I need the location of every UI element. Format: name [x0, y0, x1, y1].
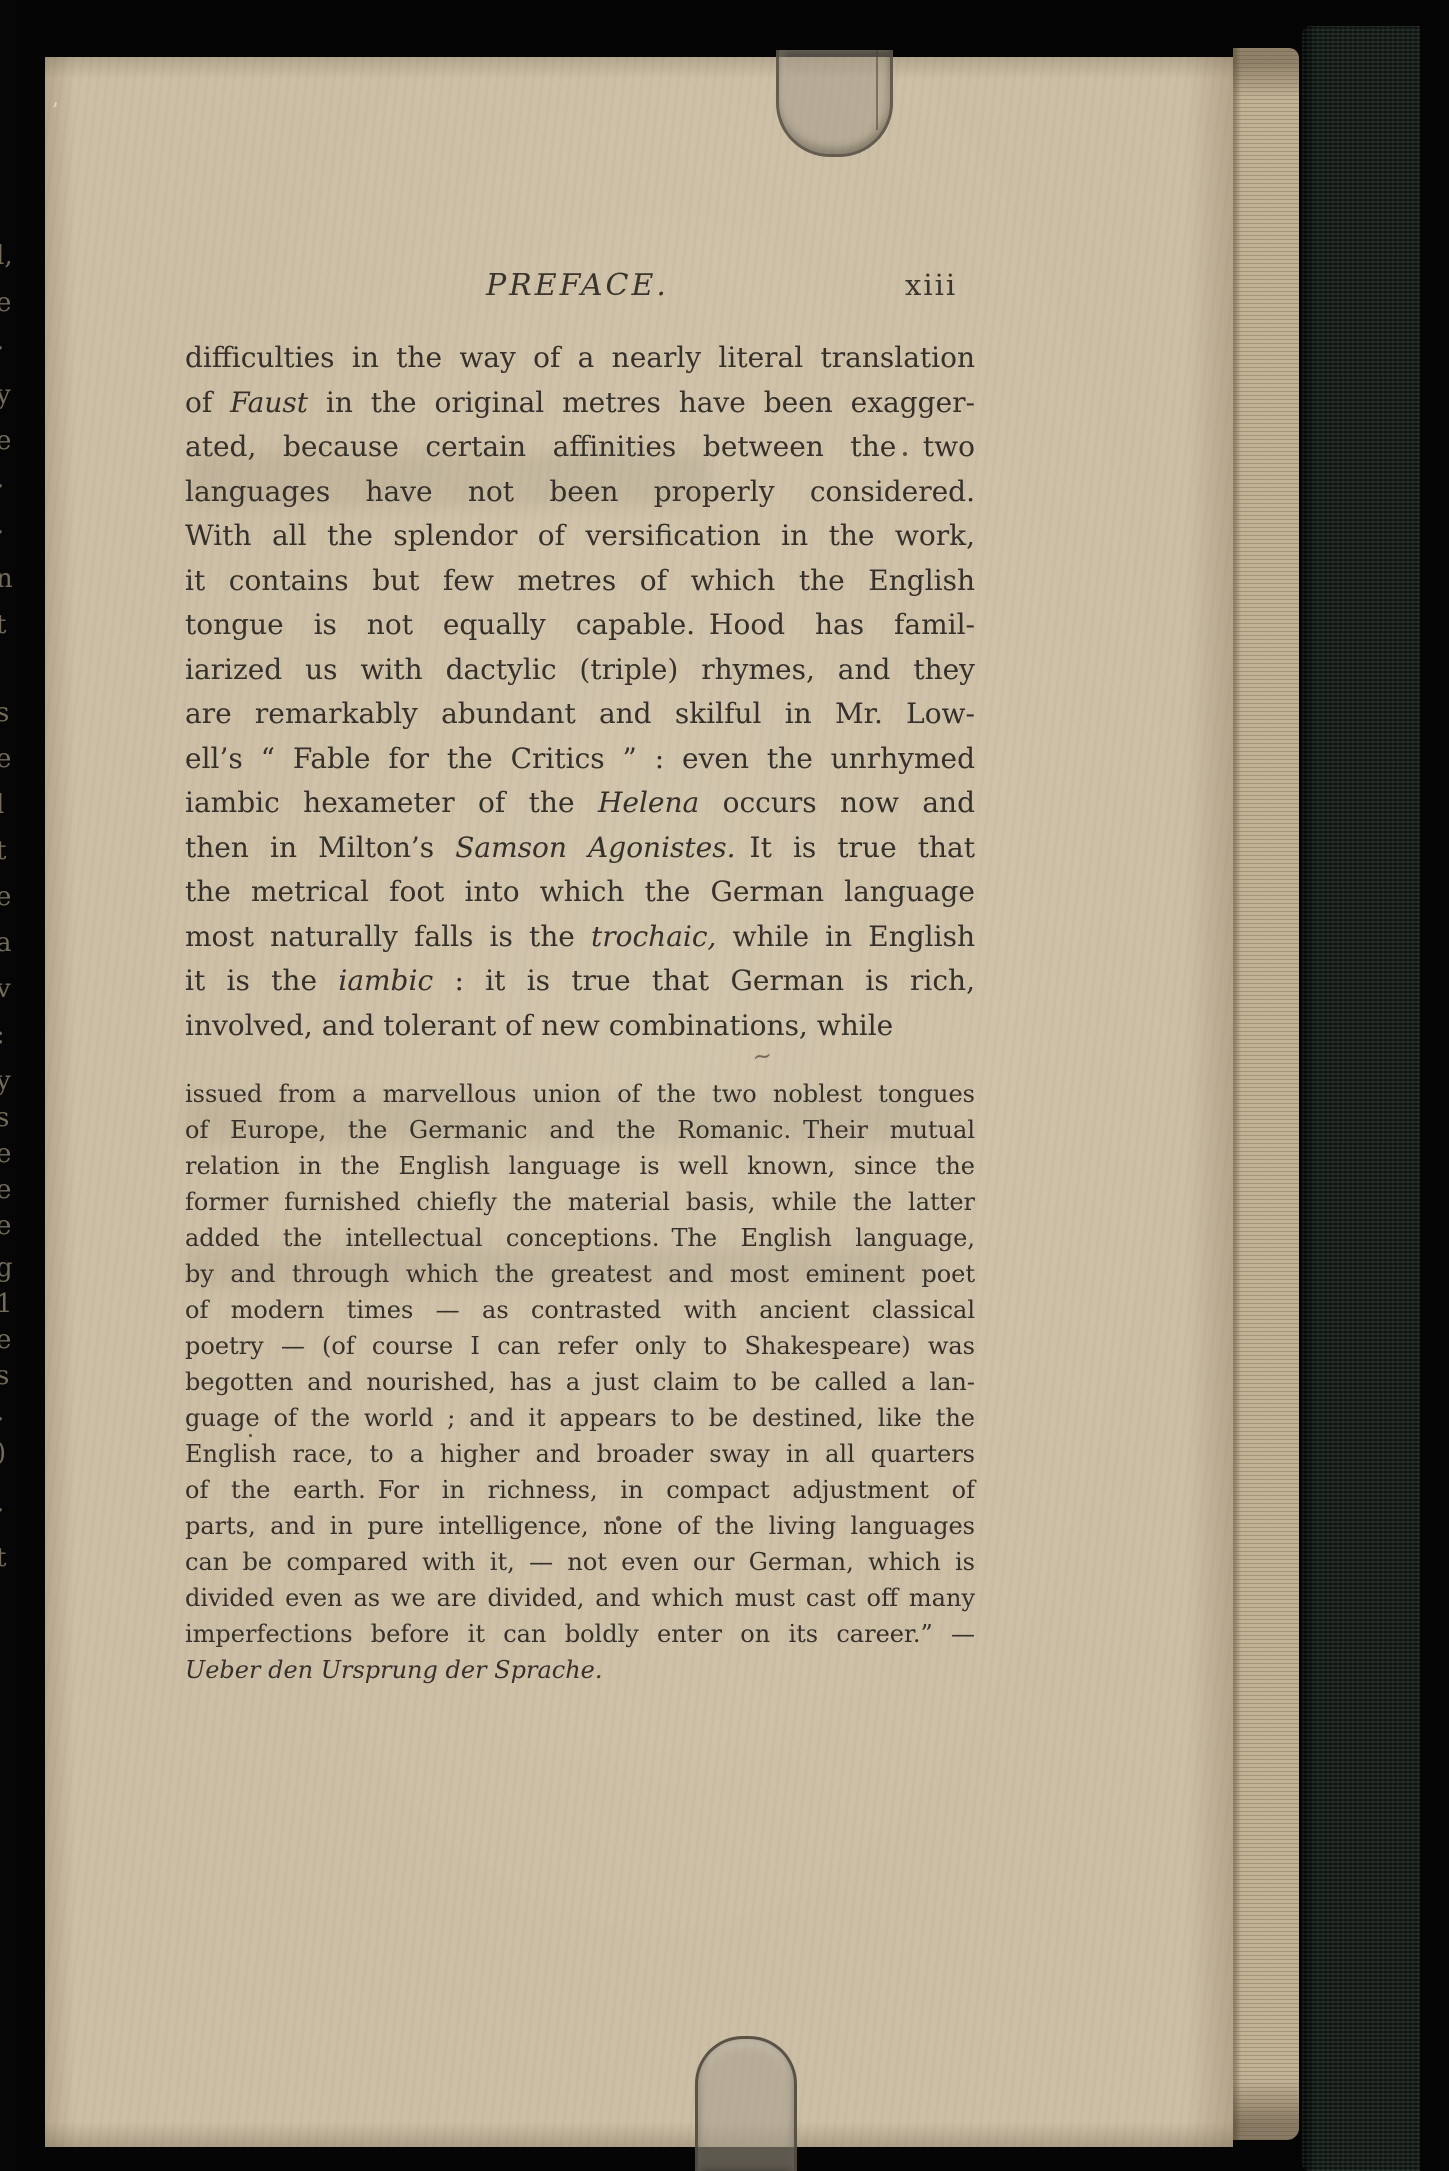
facing-page-letter-fragment: y — [0, 1068, 11, 1094]
facing-page-letter-fragment: e — [0, 884, 11, 910]
text-line: difficulties in the way of a nearly lite… — [185, 336, 975, 381]
text-line: iarized us with dactylic (triple) rhymes… — [185, 648, 975, 693]
facing-page-letter-fragment: e — [0, 1327, 11, 1353]
text-line: tongue is not equally capable. Hood has … — [185, 603, 975, 648]
facing-page-letter-fragment: s — [0, 1363, 9, 1389]
facing-page-letter-fragment: · — [0, 474, 4, 500]
text-line: most naturally falls is the trochaic, wh… — [185, 915, 975, 960]
text-line: iambic hexameter of the Helena occurs no… — [185, 781, 975, 826]
text-line: of Faust in the original metres have bee… — [185, 381, 975, 426]
text-line: the metrical foot into which the German … — [185, 870, 975, 915]
text-line: ell’s “ Fable for the Critics ” : even t… — [185, 737, 975, 782]
text-line: parts, and in pure intelligence, none of… — [185, 1508, 975, 1544]
facing-page-letter-fragment: t — [0, 1545, 6, 1571]
page-stack-edge — [1233, 48, 1299, 2140]
facing-page-letter-fragment: . — [0, 1399, 4, 1425]
text-line: of Europe, the Germanic and the Romanic.… — [185, 1112, 975, 1148]
paper-scratch-mark: ’ — [52, 98, 58, 122]
facing-page-letter-fragment: a — [0, 930, 12, 956]
text-line: divided even as we are divided, and whic… — [185, 1580, 975, 1616]
facing-page-letter-fragment: t — [0, 612, 6, 638]
text-line: ated, because certain affinities between… — [185, 425, 975, 470]
binder-clip-top — [776, 50, 893, 157]
binder-clip-bottom — [695, 2036, 797, 2171]
text-line: English race, to a higher and broader sw… — [185, 1436, 975, 1472]
facing-page-letter-fragment: n — [0, 566, 13, 592]
clip-seam — [876, 50, 878, 130]
text-line: former furnished chiefly the material ba… — [185, 1184, 975, 1220]
text-line: guage of the world ; and it appears to b… — [185, 1400, 975, 1436]
text-line: it contains but few metres of which the … — [185, 559, 975, 604]
facing-page-letter-fragment: e — [0, 428, 11, 454]
text-line: issued from a marvellous union of the tw… — [185, 1076, 975, 1112]
page-number: xiii — [905, 268, 957, 302]
text-line: With all the splendor of versification i… — [185, 514, 975, 559]
text-line: imperfections before it can boldly enter… — [185, 1616, 975, 1652]
text-line: languages have not been properly conside… — [185, 470, 975, 515]
main-text-paragraph: difficulties in the way of a nearly lite… — [185, 336, 975, 1048]
facing-page-letter-fragment: 1 — [0, 1291, 13, 1317]
facing-page-letter-fragment: e — [0, 1213, 11, 1239]
text-line: of the earth. For in richness, in compac… — [185, 1472, 975, 1508]
ink-squiggle-mark: ~ — [750, 1041, 774, 1072]
text-line: it is the iambic : it is true that Germa… — [185, 959, 975, 1004]
facing-page-letter-fragment: e — [0, 1177, 11, 1203]
facing-page-letter-fragment: t — [0, 838, 6, 864]
text-line: are remarkably abundant and skilful in M… — [185, 692, 975, 737]
facing-page-letter-fragment: s — [0, 700, 9, 726]
facing-page-letter-fragment: . — [0, 1490, 4, 1516]
facing-page-letter-fragment: e — [0, 290, 11, 316]
book-cover — [1302, 26, 1420, 2171]
text-line: can be compared with it, — not even our … — [185, 1544, 975, 1580]
text-line: poetry — (of course I can refer only to … — [185, 1328, 975, 1364]
paper-speck — [249, 1434, 252, 1437]
page-header-title: PREFACE. — [486, 268, 669, 303]
facing-page-letter-fragment: v — [0, 976, 11, 1002]
text-line: involved, and tolerant of new combinatio… — [185, 1004, 975, 1049]
text-line: relation in the English language is well… — [185, 1148, 975, 1184]
facing-page-letter-fragment: l — [0, 792, 4, 818]
text-line: by and through which the greatest and mo… — [185, 1256, 975, 1292]
text-line: then in Milton’s Samson Agonistes. It is… — [185, 826, 975, 871]
facing-page-letter-fragment: l, — [0, 243, 13, 269]
footnote-text: issued from a marvellous union of the tw… — [185, 1076, 975, 1688]
paper-speck — [616, 1516, 621, 1521]
text-line: Ueber den Ursprung der Sprache. — [185, 1652, 975, 1688]
facing-page-letter-fragment: · — [0, 520, 4, 546]
facing-page-letter-fragment: ) — [0, 1440, 6, 1466]
facing-page-letter-fragment: y — [0, 382, 11, 408]
facing-page-letter-fragment: · — [0, 336, 4, 362]
facing-page-letter-fragment: s — [0, 1105, 9, 1131]
facing-page-letter-fragment: g — [0, 1255, 13, 1281]
text-line: added the intellectual conceptions. The … — [185, 1220, 975, 1256]
facing-page-letter-fragment: : — [0, 1022, 5, 1048]
book-scan: l,e·ye··ntselteav:yseeeg1es.).t PREFACE.… — [0, 0, 1449, 2171]
facing-page-letter-fragment: e — [0, 746, 11, 772]
text-line: begotten and nourished, has a just claim… — [185, 1364, 975, 1400]
text-line: of modern times — as contrasted with anc… — [185, 1292, 975, 1328]
paper-speck — [903, 452, 907, 456]
gutter-facing-page-fragments: l,e·ye··ntselteav:yseeeg1es.).t — [0, 0, 17, 2171]
facing-page-letter-fragment: e — [0, 1141, 11, 1167]
